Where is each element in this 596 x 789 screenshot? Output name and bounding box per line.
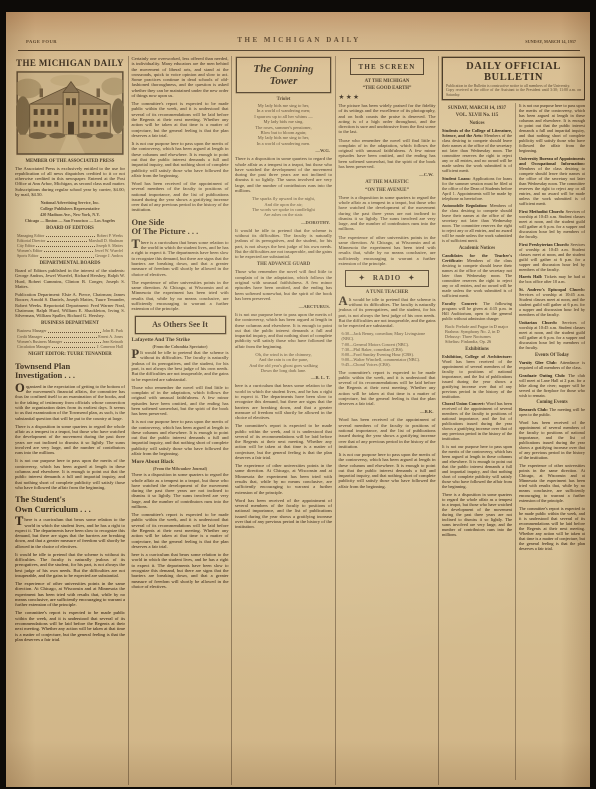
center-line: Chicago — Boston — San Francisco — Los A…	[15, 218, 125, 223]
paragraph: The experience of other universities poi…	[15, 581, 125, 607]
poem: TrioletMy lady bids me sing to her,In a …	[235, 97, 332, 147]
the-screen-box: THE SCREEN	[350, 58, 424, 75]
signature: —DOROTHY.	[237, 220, 330, 225]
as-others-see-it-box: As Others See It	[135, 316, 226, 334]
poem-title: Triolet	[235, 97, 332, 102]
notice-lead: First Methodist Church:	[519, 209, 566, 214]
notice-lead: Varsity Glee Club:	[519, 360, 560, 365]
center-heading: SUNDAY, MARCH 14, 1937	[442, 106, 512, 111]
staff-role: Circulation Manager	[17, 344, 50, 349]
center-heading: Notices	[442, 121, 512, 126]
paragraph: There is a curriculum that bears some re…	[132, 240, 229, 277]
poem-line: Down the long dark lane.	[235, 368, 332, 373]
poem: The sparks fly upward in the night,And d…	[235, 196, 332, 218]
center-heading: A TUNE TEACHER	[339, 290, 436, 295]
paragraph: There is a curriculum that bears some re…	[15, 517, 125, 549]
paragraph: Exhibition, College of Architecture: Wor…	[442, 354, 512, 399]
notice-lead: Faculty Concert:	[442, 301, 483, 306]
center-heading: Events Of Today	[519, 353, 585, 358]
student-publications-building-photo	[16, 70, 124, 156]
notice-lead: Unitarian Church:	[519, 320, 562, 325]
center-heading: Academic Notices	[442, 246, 512, 251]
editorial-heading: Townsend PlanInvestigation . . .	[15, 362, 125, 381]
paragraph: First Presbyterian Church: Services of w…	[519, 242, 585, 272]
bulletin-header-box: DAILY OFFICIAL BULLETIN Publication in t…	[442, 57, 585, 100]
paragraph: Those who remember the novel will find l…	[132, 385, 229, 417]
notice-lead: Graduate Outing Club:	[519, 373, 568, 378]
editorial-heading: One SideOf The Picture . . .	[132, 218, 229, 237]
center-heading: Exhibitions	[442, 347, 512, 352]
conning-tower-box: The Conning Tower	[236, 57, 331, 93]
dot-leader	[52, 347, 96, 348]
bold-subhead: More About Black	[132, 459, 229, 465]
paragraph: Board of Editors published in the intere…	[15, 268, 125, 289]
notice-lead: First Presbyterian Church:	[519, 242, 570, 247]
staff-list: Business ManagerJohn R. ParkCredit Manag…	[17, 328, 123, 349]
poem-line: Are ashes on the stair.	[235, 212, 332, 217]
paragraph: The committee's report is expected to be…	[235, 423, 332, 460]
center-line: (From the Columbia Spectator)	[132, 344, 229, 349]
staff-row: Circulation ManagerJ. Cameron Hall	[17, 344, 123, 349]
newspaper-page: PAGE FOUR THE MICHIGAN DAILY SUNDAY, MAR…	[6, 12, 590, 787]
notice-lead: St. Andrew's Episcopal Church:	[519, 287, 585, 292]
bulletin-columns: SUNDAY, MARCH 14, 1937VOL. XLVII No. 115…	[442, 103, 585, 780]
paragraph: It is not our purpose here to pass upon …	[15, 458, 125, 490]
daily-official-bulletin-section: DAILY OFFICIAL BULLETIN Publication in t…	[438, 56, 585, 785]
column-bulletin-left: SUNDAY, MARCH 14, 1937VOL. XLVII No. 115…	[442, 103, 512, 780]
paragraph: Harris Hall: Tickets may be had at the b…	[519, 274, 585, 284]
staff-role: Sports Editor	[17, 253, 38, 258]
paragraph: Students of the College of Literature, S…	[442, 128, 512, 173]
paragraph: There is a disposition in some quarters …	[339, 195, 436, 232]
paragraph: There is a disposition in some quarters …	[235, 156, 332, 193]
bulletin-title: DAILY OFFICIAL BULLETIN	[446, 61, 581, 83]
center-heading: “ON THE AVENUE”	[339, 188, 436, 193]
paragraph: The experience of other universities poi…	[519, 463, 585, 503]
drop-cap: T	[132, 240, 141, 250]
center-heading: BOARD OF EDITORS	[15, 226, 125, 231]
paragraph: Word has been received of the appointmen…	[235, 498, 332, 530]
signature: —C.W.	[341, 172, 434, 177]
drop-cap: O	[15, 384, 26, 394]
paragraph: Organized in the expectation of getting …	[15, 384, 125, 421]
paragraph: There is a disposition in some quarters …	[15, 424, 125, 456]
paragraph: It is not our purpose here to pass upon …	[442, 444, 512, 489]
paragraph: The Associated Press is exclusively enti…	[15, 166, 125, 198]
paragraph: It would be idle to pretend that the sch…	[15, 552, 125, 578]
center-line: National Advertising Service, Inc.	[15, 200, 125, 205]
signature: —B.K.	[341, 409, 434, 414]
column-conning-tower: The Conning TowerTrioletMy lady bids me …	[231, 56, 332, 785]
listing-line: 9:45—Choral Voices (CBS).	[342, 362, 436, 367]
notice-lead: Exhibition, College of Architecture:	[442, 354, 512, 359]
editorial-heading: The Student'sOwn Curriculum . . .	[15, 495, 125, 514]
paragraph: The committee's report is expected to be…	[339, 370, 436, 407]
radio-box: ✦ RADIO ✦	[345, 270, 429, 287]
paragraph: There is a disposition in some quarters …	[442, 492, 512, 537]
masthead-title: THE MICHIGAN DAILY	[15, 58, 125, 68]
center-heading: VOL. XLVII No. 115	[442, 113, 512, 118]
paragraph: Candidates for the Teacher's Certificate…	[442, 253, 512, 298]
paragraph: here is a curriculum that bears some rel…	[132, 552, 229, 589]
center-heading: MEMBER OF THE ASSOCIATED PRESS	[15, 159, 125, 164]
signature: —ARCTURUS.	[237, 304, 330, 309]
running-head: PAGE FOUR THE MICHIGAN DAILY SUNDAY, MAR…	[18, 36, 580, 48]
drop-cap: A	[339, 297, 349, 307]
paragraph: University Bureau of Appointments and Oc…	[519, 156, 585, 206]
signature: —W.G.	[237, 148, 330, 153]
bold-subhead: Lafayette And The Strike	[132, 337, 229, 343]
paragraph: Word has been received of the appointmen…	[132, 181, 229, 213]
center-heading: Coming Events	[519, 400, 585, 405]
center-heading: DEPARTMENTAL BOARDS	[15, 261, 125, 266]
paragraph: The committee's report is expected to be…	[15, 610, 125, 642]
center-line: 420 Madison Ave., New York, N.Y.	[15, 212, 125, 217]
center-line: College Publishers Representative	[15, 206, 125, 211]
staff-row: Sports EditorGeorge J. Andros	[17, 253, 123, 258]
paragraph: The experience of other universities poi…	[339, 235, 436, 267]
paragraph: Word has been received of the appointmen…	[339, 417, 436, 449]
drop-cap: T	[15, 517, 24, 527]
paragraph: The picture has been widely praised for …	[339, 103, 436, 135]
notice-lead: Harris Hall:	[519, 274, 544, 279]
paragraph: It is not our purpose here to pass upon …	[132, 419, 229, 456]
dot-leader	[40, 257, 94, 258]
paragraph: Choral Union Concert: Word has been rece…	[442, 401, 512, 441]
staff-list: Managing EditorRobert P. WeeksEditorial …	[17, 233, 123, 259]
paragraph: The experience of other universities poi…	[235, 463, 332, 495]
staff-name: George J. Andros	[95, 253, 123, 258]
column-editorial-second: Certainly one overworked, less offered t…	[128, 56, 229, 785]
paragraph: The committee's report is expected to be…	[519, 506, 585, 551]
paragraph: There is a disposition in some quarters …	[132, 472, 229, 509]
paragraph: Unitarian Church: Services of worship at…	[519, 320, 585, 350]
center-heading: THE ADVANCE GUARD	[235, 262, 332, 267]
paragraph: Faculty Concert: The following program w…	[442, 301, 512, 321]
paragraph: It would be idle to pretend that the sch…	[235, 228, 332, 260]
paragraph: The committee's report is expected to be…	[132, 512, 229, 549]
header-rule	[18, 50, 580, 51]
column-editorial-left: THE MICHIGAN DAILY MEMBER OF THE ASSOCIA…	[15, 56, 125, 785]
issue-date: SUNDAY, MARCH 14, 1937	[525, 39, 576, 44]
center-heading: NIGHT EDITOR: TUURE TENANDER	[15, 352, 125, 357]
center-line: (From the Milwaukee Journal)	[132, 466, 229, 471]
paragraph: Automobile Regulation: Members of the cl…	[442, 203, 512, 243]
notice-lead: Choral Union Concert:	[442, 401, 486, 406]
notice-lead: Automobile Regulation:	[442, 203, 490, 208]
column-grid: THE MICHIGAN DAILY MEMBER OF THE ASSOCIA…	[15, 56, 585, 785]
column-bulletin-right: It is not our purpose here to pass upon …	[515, 103, 585, 780]
notice-lead: Students of the College of Literature, S…	[442, 128, 512, 138]
paragraph: St. Andrew's Episcopal Church: Services …	[519, 287, 585, 317]
paragraph: It is not our purpose here to pass upon …	[339, 452, 436, 489]
center-heading: AT THE MAJESTIC	[339, 180, 436, 185]
paragraph: Those who remember the novel will find l…	[235, 269, 332, 301]
staff-name: J. Cameron Hall	[97, 344, 123, 349]
notice-lead: Research Club:	[519, 407, 549, 412]
paragraph: here is a curriculum that bears some rel…	[235, 383, 332, 420]
notice-lead: Student Loans:	[442, 176, 472, 181]
poem-line: In a world of wandering men.	[235, 141, 332, 146]
paragraph: Student Loans: Applications for loans fo…	[442, 176, 512, 201]
listing: Bach: Prelude and Fugue in D majorBrahms…	[445, 324, 512, 344]
center-heading: “THE GOOD EARTH”	[339, 86, 436, 91]
dot-leader	[48, 332, 101, 333]
center-heading: BUSINESS DEPARTMENT	[15, 321, 125, 326]
dot-leader	[64, 342, 101, 343]
dot-leader	[44, 337, 97, 338]
listing-line: 6:30—Jack Benny, comedian; Mary Livingst…	[342, 331, 436, 341]
newspaper-title: THE MICHIGAN DAILY	[18, 36, 580, 44]
dot-leader	[47, 241, 87, 242]
paragraph: The experience of other universities poi…	[132, 280, 229, 312]
column-screen-radio: THE SCREENAT THE MICHIGAN“THE GOOD EARTH…	[335, 56, 436, 785]
poem: Oh, the wind is in the chimney,And the r…	[235, 352, 332, 374]
paragraph: Varsity Glee Club: Attendance is require…	[519, 360, 585, 370]
center-heading: AT THE MICHIGAN	[339, 79, 436, 84]
paragraph: First Methodist Church: Services of wors…	[519, 209, 585, 239]
paragraph: The committee's report is expected to be…	[132, 101, 229, 138]
notice-lead: Candidates for the Teacher's Certificate…	[442, 253, 512, 263]
dot-leader	[44, 251, 93, 252]
signature: —B. L. T.	[237, 375, 330, 380]
paragraph: It is not our purpose here to pass upon …	[132, 141, 229, 178]
drop-cap: P	[132, 350, 141, 360]
paragraph: It is not our purpose here to pass upon …	[519, 103, 585, 153]
bulletin-fine-print: Copy received at the office of the Assis…	[446, 88, 581, 97]
dot-leader	[46, 236, 96, 237]
paragraph: Word has been received of the appointmen…	[519, 420, 585, 460]
paragraph: Graduate Outing Club: The club will meet…	[519, 373, 585, 398]
star-rating: ★★★	[339, 93, 436, 101]
paragraph: Certainly one overworked, less offered t…	[132, 56, 229, 98]
paragraph: It is not our purpose here to pass upon …	[235, 312, 332, 349]
paragraph: Publication Department: Elsie A. Pierce,…	[15, 292, 125, 318]
notice-lead: University Bureau of Appointments and Oc…	[519, 156, 585, 166]
listing-line: Sibelius: Finlandia, Op. 26	[445, 339, 512, 344]
dot-leader	[36, 246, 94, 247]
paragraph: AIt would be idle to pretend that the sc…	[339, 297, 436, 329]
listing: 6:30—Jack Benny, comedian; Mary Livingst…	[342, 331, 436, 367]
paragraph: Research Club: The meeting will be open …	[519, 407, 585, 417]
paragraph: Those who remember the novel will find l…	[339, 138, 436, 170]
paragraph: PIt would be idle to pretend that the sc…	[132, 350, 229, 382]
